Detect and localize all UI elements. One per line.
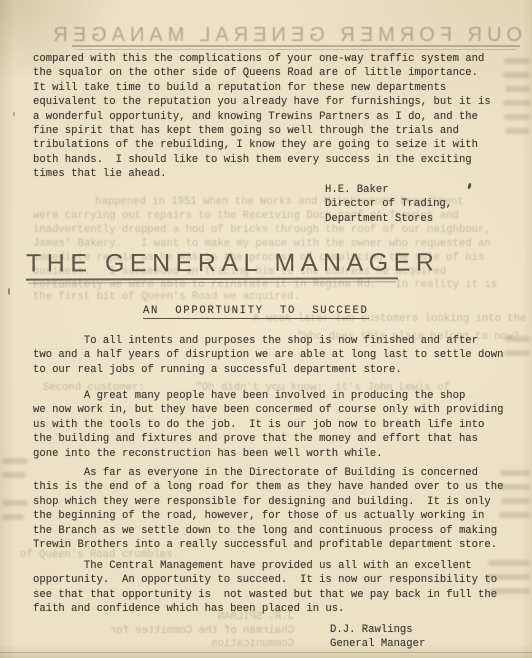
paper-edge-line	[0, 652, 532, 653]
bleedthrough-line: the first bit of Queen's Road we acquire…	[33, 291, 300, 305]
bleedthrough-heading-rule-2	[76, 49, 516, 50]
bleedthrough-heading-rule	[72, 45, 520, 47]
article-paragraph-4: The Central Management have provided us …	[33, 559, 497, 617]
letter-body: compared with this the complications of …	[33, 52, 491, 182]
bleedthrough-line: were carrying out repairs to the Receivi…	[33, 210, 459, 224]
bleedthrough-heading: OUR FORMER GENERAL MANAGER	[62, 24, 522, 47]
bleedthrough-smudge	[2, 472, 26, 478]
bleedthrough-smudge	[2, 458, 28, 464]
bleedthrough-smudge	[505, 86, 530, 92]
bleedthrough-smudge	[490, 588, 530, 594]
article-paragraph-1: To all intents and purposes the shop is …	[33, 334, 503, 377]
bleedthrough-smudge	[505, 128, 529, 134]
bleedthrough-smudge	[488, 560, 530, 566]
document-page: OUR FORMER GENERAL MANAGER compared with…	[0, 0, 532, 658]
article-signature-block: D.J. Rawlings General Manager	[330, 623, 425, 652]
bleedthrough-line: happened in 1951 when the Works and Main…	[95, 196, 464, 210]
bleedthrough-smudge	[505, 336, 530, 342]
bleedthrough-smudge	[501, 498, 530, 504]
bleedthrough-smudge	[486, 574, 530, 580]
bleedthrough-smudge	[503, 100, 531, 106]
section-title: THE GENERAL MANAGER	[26, 248, 439, 278]
bleedthrough-smudge	[2, 500, 28, 506]
ink-speck	[13, 112, 15, 116]
bleedthrough-smudge	[500, 470, 530, 476]
bleedthrough-smudge	[504, 58, 530, 64]
bleedthrough-smudge	[499, 512, 530, 518]
bleedthrough-smudge	[2, 514, 24, 520]
bleedthrough-smudge	[504, 350, 530, 356]
bleedthrough-line: inadvertently dropped a hod of bricks th…	[33, 224, 491, 238]
article-subheading: AN OPPORTUNITY TO SUCCEED	[143, 305, 369, 319]
ink-speck	[467, 183, 472, 190]
bleedthrough-smudge	[504, 114, 530, 120]
bleedthrough-smudge	[503, 72, 530, 78]
bleedthrough-smudge	[498, 484, 530, 490]
ink-speck	[8, 288, 10, 295]
article-paragraph-3: As far as everyone in the Directorate of…	[33, 466, 503, 552]
article-paragraph-2: A great many people have been involved i…	[33, 389, 503, 461]
bleedthrough-signature-block: J.R. SPILMAN Chairman of the Committee f…	[168, 611, 294, 652]
